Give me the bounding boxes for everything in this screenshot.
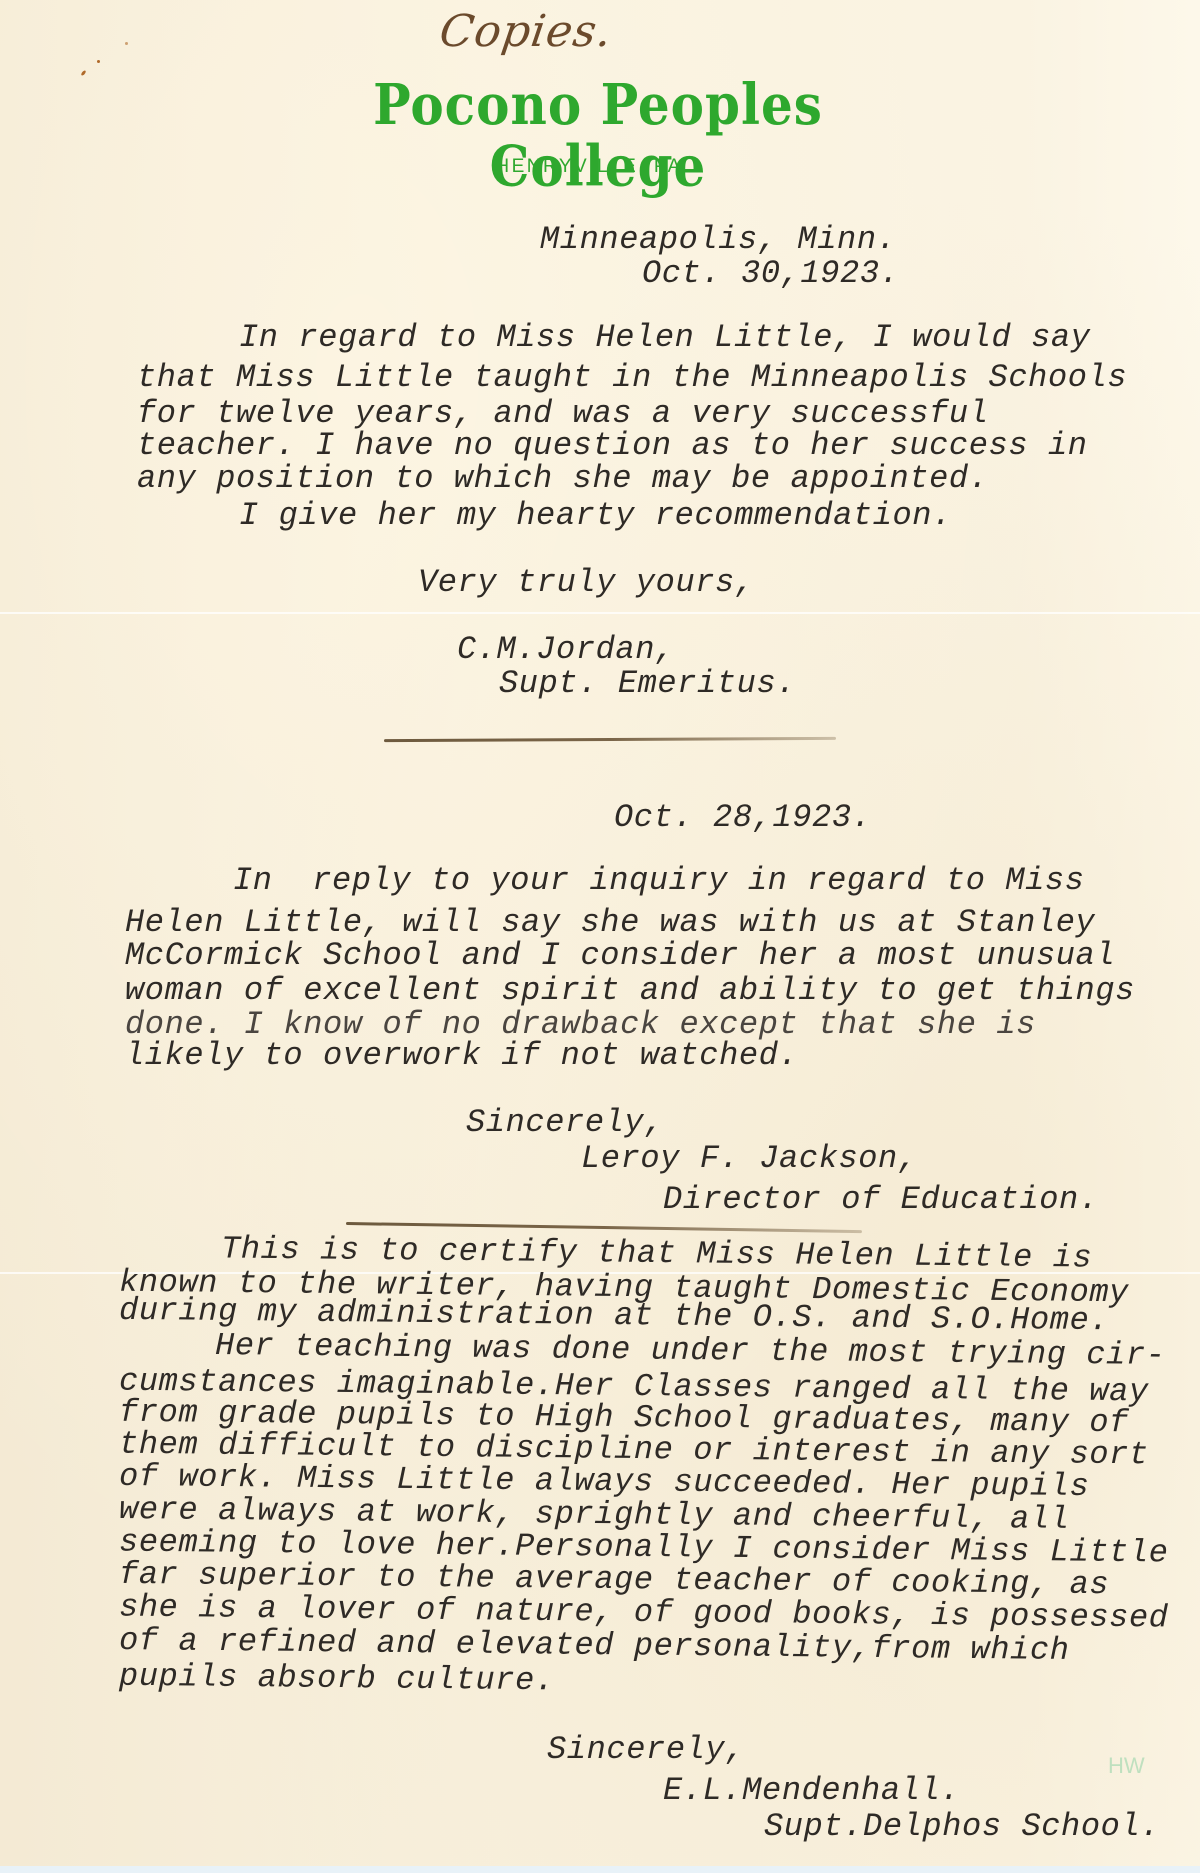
ink-speck: [125, 42, 128, 45]
letter2-body-line: woman of excellent spirit and ability to…: [125, 975, 1135, 1007]
letter1-closing: Very truly yours,: [418, 567, 755, 599]
letter2-signer-title: Director of Education.: [663, 1184, 1099, 1216]
letter3-signer-title: Supt.Delphos School.: [764, 1811, 1160, 1843]
letter2-body-line: likely to overwork if not watched.: [125, 1040, 798, 1072]
fold-line: [0, 612, 1200, 614]
letter1-body-line: teacher. I have no question as to her su…: [137, 430, 1088, 462]
letter1-body-line: any position to which she may be appoint…: [137, 463, 989, 495]
letter1-signer-title: Supt. Emeritus.: [499, 668, 796, 700]
scan-edge: [0, 1866, 1200, 1873]
letter1-body-line: In regard to Miss Helen Little, I would …: [239, 322, 1091, 354]
letter1-body-line: I give her my hearty recommendation.: [239, 500, 952, 532]
letter2-signer: Leroy F. Jackson,: [581, 1143, 918, 1175]
letterhead-name: Pocono Peoples College: [340, 73, 856, 196]
letter3-body-line: pupils absorb culture.: [119, 1661, 555, 1698]
letterhead-location: HENRYVILLE, PA.: [481, 156, 705, 178]
handwritten-annotation: Copies.: [436, 6, 615, 57]
letter1-date: Oct. 30,1923.: [642, 258, 899, 290]
letter2-closing: Sincerely,: [466, 1107, 664, 1139]
letter1-signer: C.M.Jordan,: [457, 634, 675, 666]
letter1-body-line: for twelve years, and was a very success…: [137, 398, 989, 430]
letter2-body-line: Helen Little, will say she was with us a…: [125, 907, 1095, 939]
letter3-closing: Sincerely,: [547, 1734, 745, 1766]
letter3-signer: E.L.Mendenhall.: [663, 1775, 960, 1807]
letter1-place: Minneapolis, Minn.: [540, 224, 896, 256]
letter2-date: Oct. 28,1923.: [614, 802, 871, 834]
letter1-body-line: that Miss Little taught in the Minneapol…: [137, 362, 1127, 394]
watermark: HW: [1108, 1753, 1145, 1779]
letter2-body-line: In reply to your inquiry in regard to Mi…: [233, 865, 1085, 897]
letter2-body-line: McCormick School and I consider her a mo…: [125, 940, 1115, 972]
ink-speck: [97, 60, 100, 63]
